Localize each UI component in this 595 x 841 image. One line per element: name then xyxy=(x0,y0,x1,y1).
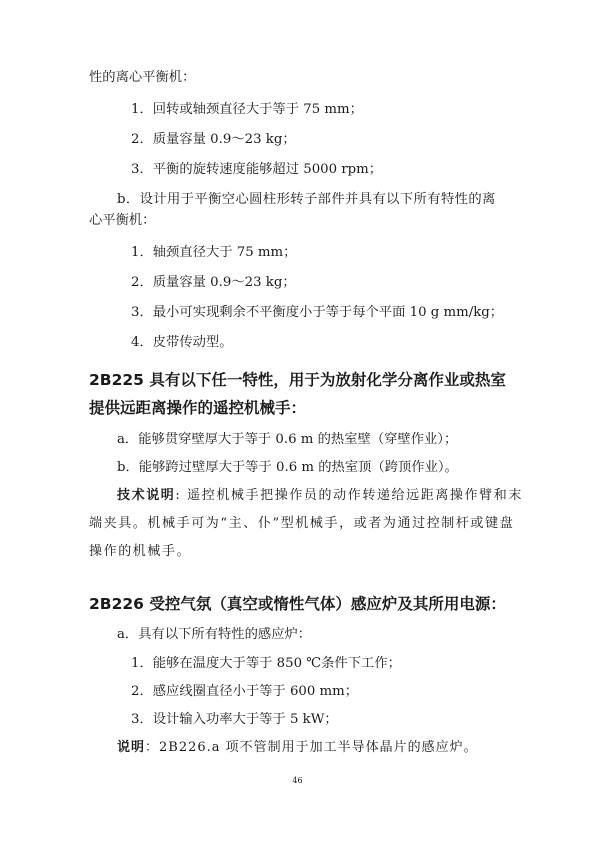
section-heading-2b226: 2B226 受控气氛（真空或惰性气体）感应炉及其所用电源： xyxy=(89,595,506,613)
tech-note-line: 操作的机械手。 xyxy=(89,544,191,560)
list-item: 3．设计输入功率大于等于 5 kW； xyxy=(131,712,338,728)
section-heading-2b225-cont: 提供远距离操作的遥控机械手： xyxy=(89,399,306,417)
list-item: 3．最小可实现剩余不平衡度小于等于每个平面 10 g mm/kg； xyxy=(131,305,503,321)
list-item: a．能够贯穿壁厚大于等于 0.6 m 的热室壁（穿壁作业）； xyxy=(117,432,457,448)
list-item: a．具有以下所有特性的感应炉： xyxy=(117,627,311,643)
list-item: 2．质量容量 0.9～23 kg； xyxy=(131,132,296,148)
list-item: b．设计用于平衡空心圆柱形转子部件并具有以下所有特性的离 xyxy=(117,192,496,208)
note: 说明：2B226.a 项不管制用于加工半导体晶片的感应炉。 xyxy=(117,740,478,756)
tech-note: 技术说明: 遥控机械手把操作员的动作转递给远距离操作臂和末 xyxy=(117,488,523,504)
page-number: 46 xyxy=(0,776,595,785)
continuation-line: 心平衡机： xyxy=(89,213,155,229)
note-text: ：2B226.a 项不管制用于加工半导体晶片的感应炉。 xyxy=(145,740,478,755)
tech-note-label: 技术说明 xyxy=(117,488,175,503)
tech-note-line: 端夹具。机械手可为“主、仆”型机械手，或者为通过控制杆或键盘 xyxy=(89,516,514,532)
continuation-line: 性的离心平衡机： xyxy=(89,70,195,86)
list-item: 1．回转或轴颈直径大于等于 75 mm； xyxy=(131,102,363,118)
list-item: b．能够跨过壁厚大于等于 0.6 m 的热室顶（跨顶作业）。 xyxy=(117,460,458,476)
list-item: 2．感应线圈直径小于等于 600 mm； xyxy=(131,684,358,700)
list-item: 2．质量容量 0.9～23 kg； xyxy=(131,275,296,291)
note-label: 说明 xyxy=(117,740,145,755)
list-item: 3．平衡的旋转速度能够超过 5000 rpm； xyxy=(131,162,382,178)
list-item: 1．能够在温度大于等于 850 ℃条件下工作； xyxy=(131,656,401,672)
tech-note-text: : 遥控机械手把操作员的动作转递给远距离操作臂和末 xyxy=(175,488,523,503)
section-heading-2b225: 2B225 具有以下任一特性，用于为放射化学分离作业或热室 xyxy=(89,371,506,389)
list-item: 4．皮带传动型。 xyxy=(131,335,233,351)
list-item: 1．轴颈直径大于 75 mm； xyxy=(131,245,296,261)
